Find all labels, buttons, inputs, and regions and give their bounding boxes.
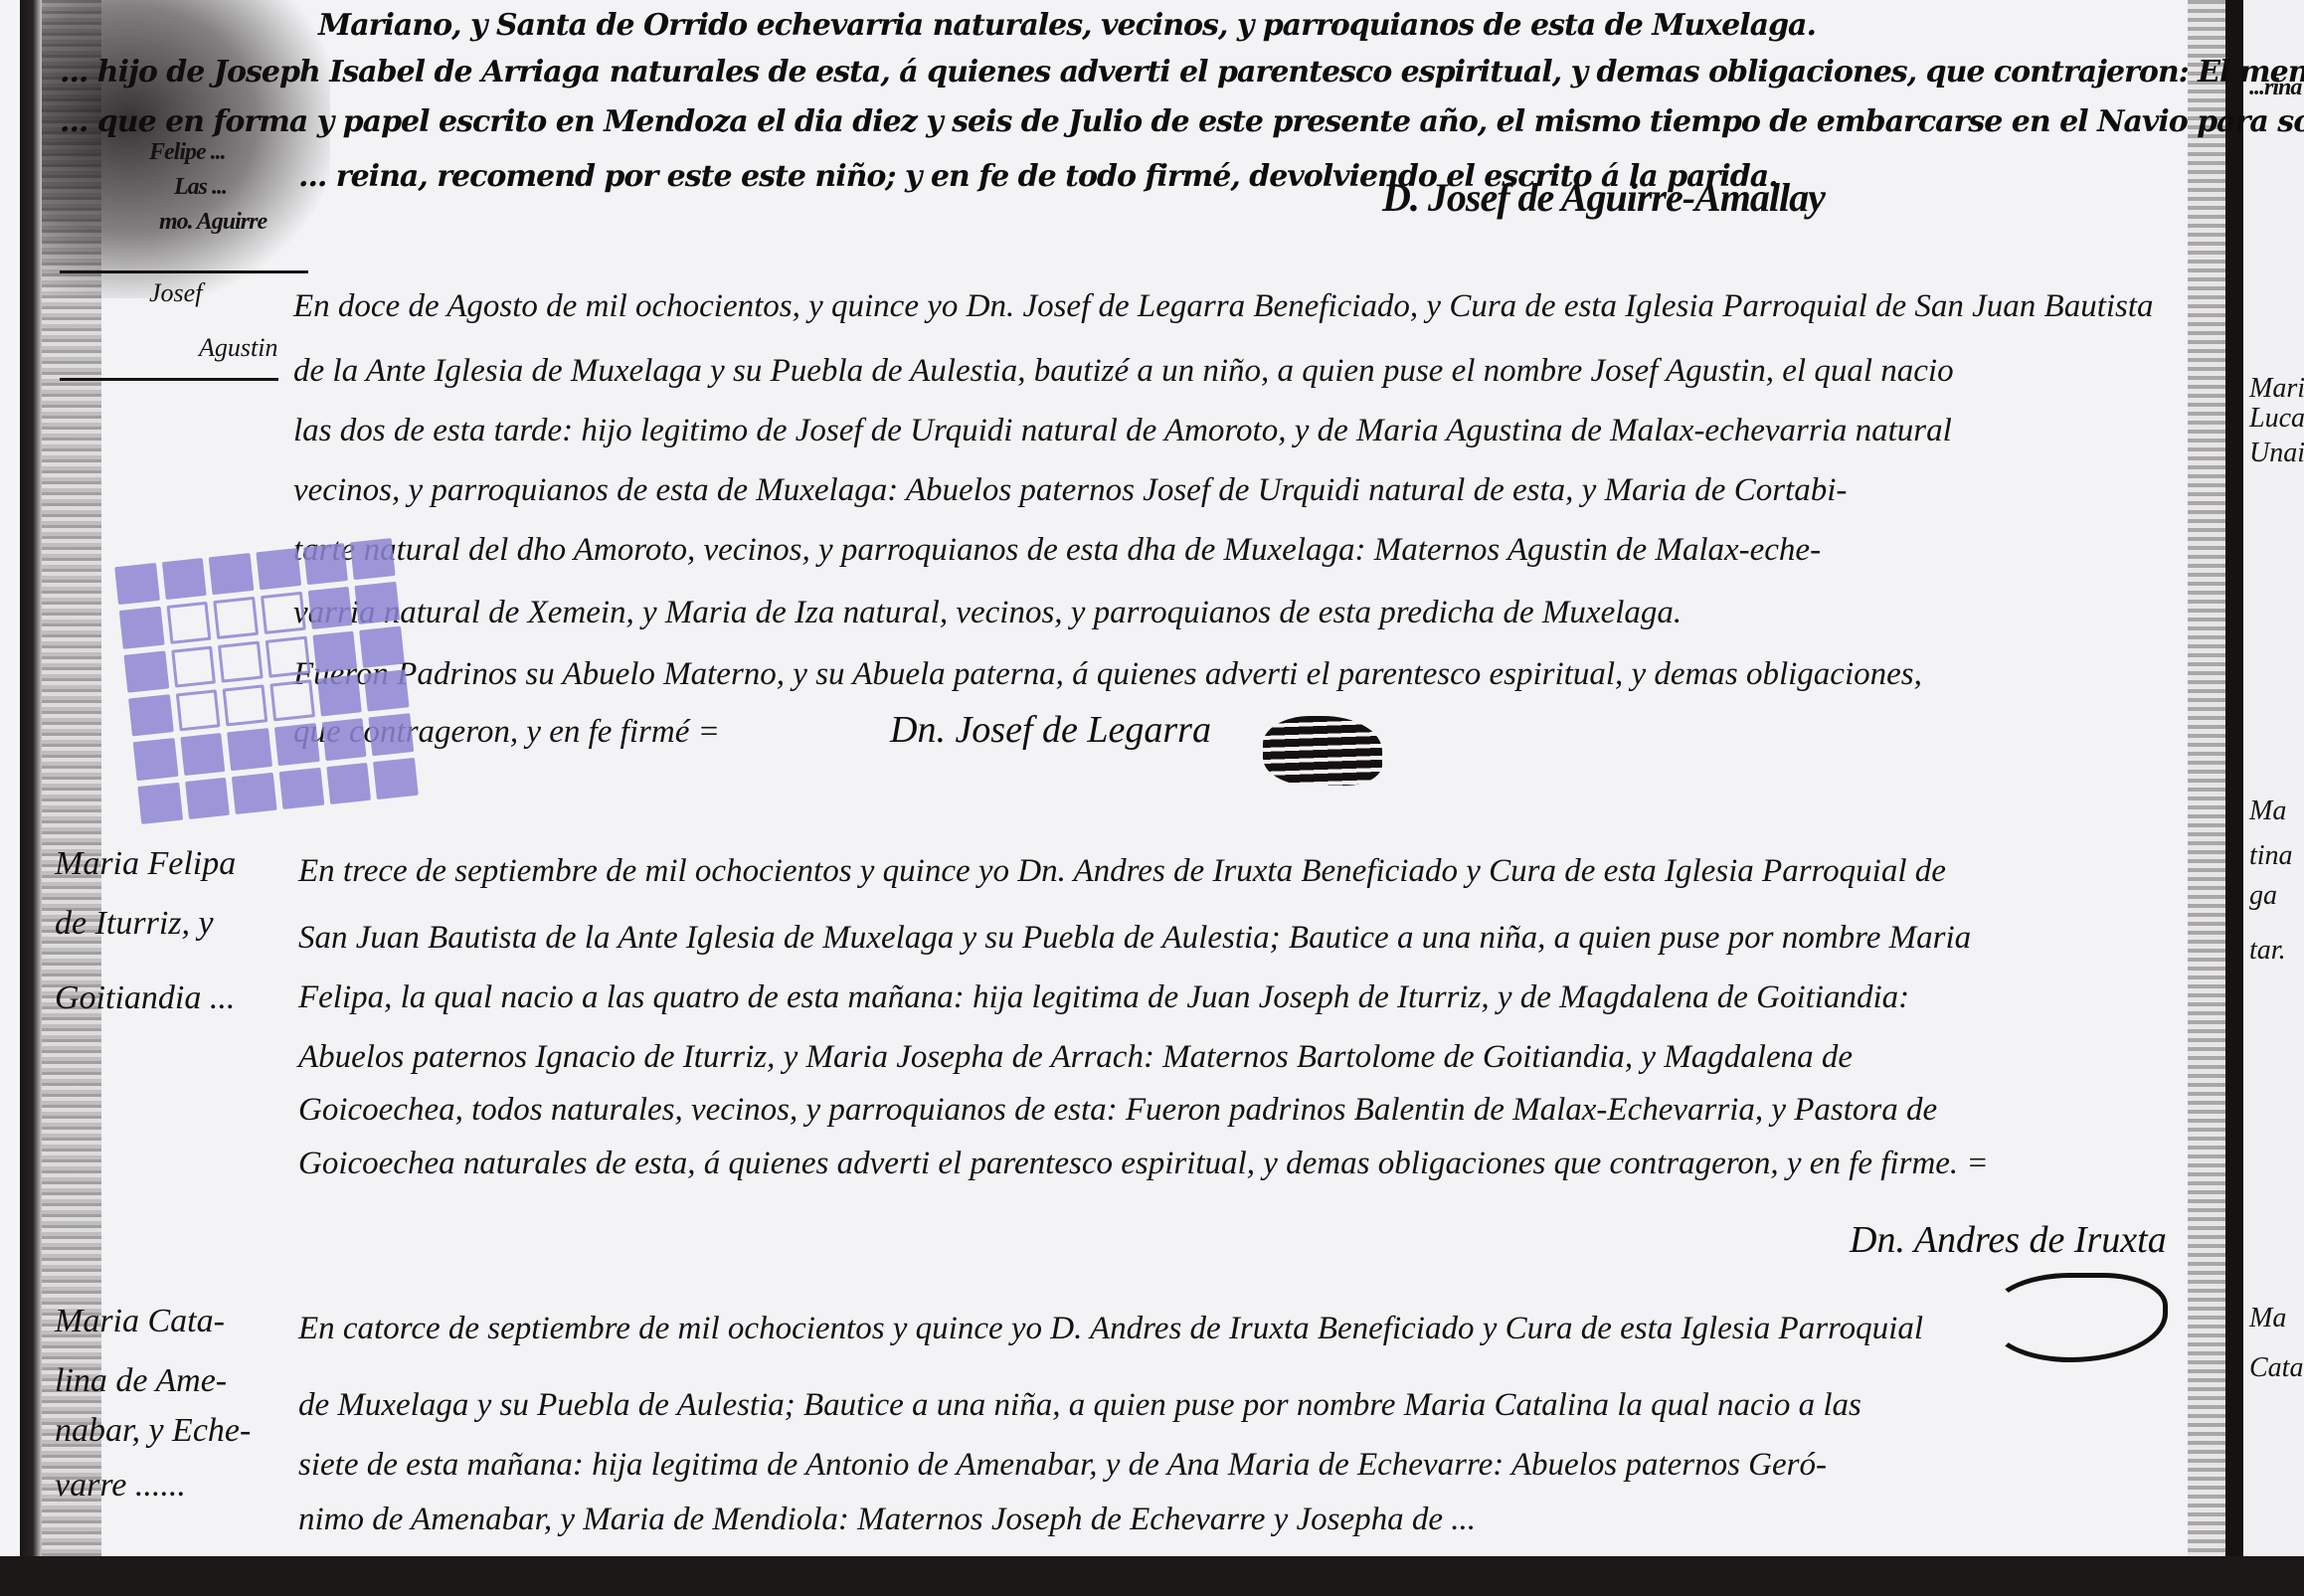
entry-2-right-margin: tar. (2249, 935, 2286, 967)
entry-1-right-margin: Lucas (2249, 403, 2304, 435)
entry-2-margin-name: Maria Felipa (55, 845, 236, 883)
signature-rubric (1263, 716, 1382, 786)
entry-3-margin-name: nabar, y Eche- (55, 1412, 251, 1450)
entry-3-line: nimo de Amenabar, y Maria de Mendiola: M… (298, 1502, 1476, 1538)
entry-2-right-margin: ga (2249, 880, 2277, 912)
scan-shadow-right (2188, 0, 2225, 1571)
page-binding-line (2225, 0, 2243, 1571)
top-margin-note: Las ... (174, 174, 227, 201)
divider-line (60, 378, 278, 381)
top-fragment-line: Mariano, y Santa de Orrido echevarria na… (318, 8, 1816, 43)
signature-iruxta: Dn. Andres de Iruxta (1850, 1218, 2167, 1262)
divider-line (60, 270, 308, 273)
entry-2-margin-name: de Iturriz, y (55, 905, 214, 943)
entry-2-line: San Juan Bautista de la Ante Iglesia de … (298, 920, 1971, 957)
signature-legarra: Dn. Josef de Legarra (890, 708, 1211, 752)
entry-2-margin-name: Goitiandia ... (55, 979, 235, 1017)
entry-1-line: Fueron Padrinos su Abuelo Materno, y su … (293, 656, 1922, 693)
entry-3-right-margin: Cata (2249, 1352, 2303, 1384)
signature-aguirre: D. Josef de Aguirre-Amallay (1382, 174, 1825, 221)
entry-3-margin-name: Maria Cata- (55, 1303, 225, 1340)
entry-2-right-margin: tina (2249, 840, 2293, 872)
entry-1-right-margin: Unai (2249, 438, 2304, 469)
entry-2-line: Abuelos paternos Ignacio de Iturriz, y M… (298, 1039, 1853, 1076)
top-margin-note: Felipe ... (149, 139, 226, 166)
entry-3-margin-name: lina de Ame- (55, 1362, 227, 1400)
tax-stamp-grid (114, 538, 419, 824)
top-fragment-line: ... hijo de Joseph Isabel de Arriaga nat… (60, 55, 2304, 89)
top-fragment-line: ... que en forma y papel escrito en Mend… (60, 104, 2304, 139)
entry-2-right-margin: Ma (2249, 796, 2286, 827)
entry-1-line: tarte natural del dho Amoroto, vecinos, … (293, 532, 1821, 569)
entry-1-line: de la Ante Iglesia de Muxelaga y su Pueb… (293, 353, 1954, 390)
entry-2-line: En trece de septiembre de mil ochociento… (298, 853, 1946, 890)
scan-edge-left (20, 0, 42, 1561)
scan-edge-bottom (0, 1556, 2304, 1596)
entry-1-right-margin: Mari (2249, 373, 2304, 405)
entry-1-line: vecinos, y parroquianos de esta de Muxel… (293, 472, 1847, 509)
entry-3-margin-name: varre ...... (55, 1467, 186, 1505)
entry-2-line: Felipa, la qual nacio a las quatro de es… (298, 979, 1909, 1016)
entry-3-line: de Muxelaga y su Puebla de Aulestia; Bau… (298, 1387, 1861, 1424)
next-page-strip (2243, 0, 2304, 1571)
entry-1-line: las dos de esta tarde: hijo legitimo de … (293, 413, 1952, 449)
entry-2-line: Goicoechea naturales de esta, á quienes … (298, 1146, 1989, 1182)
entry-1-margin-name: Josef (149, 278, 202, 308)
entry-2-line: Goicoecheа, todos naturales, vecinos, y … (298, 1092, 1937, 1129)
top-margin-note: mo. Aguirre (159, 209, 266, 236)
entry-3-line: En catorce de septiembre de mil ochocien… (298, 1311, 1923, 1347)
entry-3-right-margin: Ma (2249, 1303, 2286, 1334)
entry-1-line: En doce de Agosto de mil ochocientos, y … (293, 288, 2154, 325)
top-right-margin-note: ...rina (2249, 75, 2301, 101)
entry-1-margin-name: Agustin (199, 333, 277, 363)
entry-3-line: siete de esta mañana: hija legitima de A… (298, 1447, 1827, 1484)
entry-1-line: varria natural de Xemein, y Maria de Iza… (293, 595, 1682, 631)
